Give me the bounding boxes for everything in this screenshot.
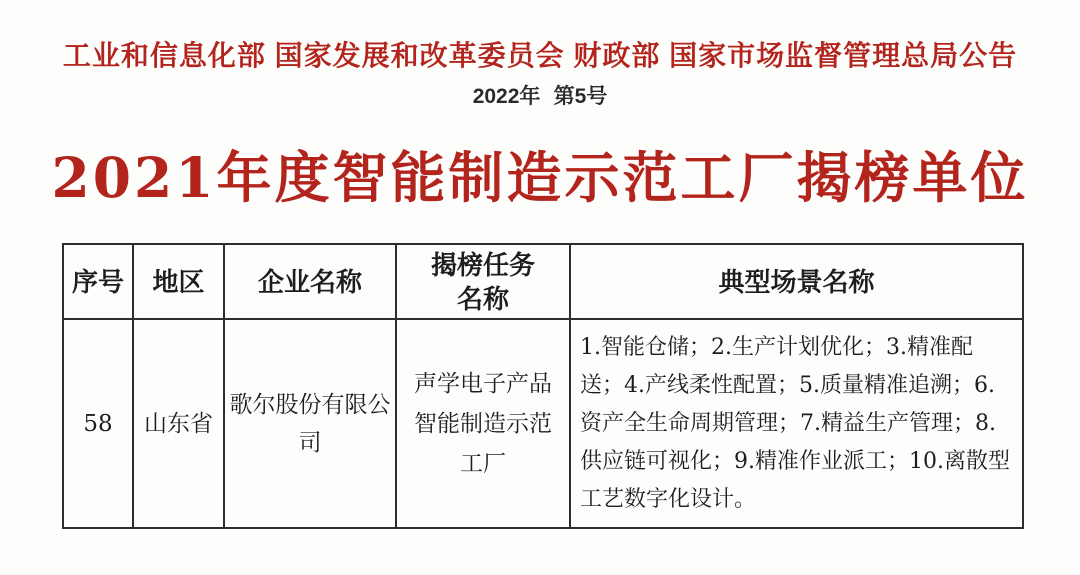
col-header-region: 地区: [133, 244, 224, 319]
table-header-row: 序号 地区 企业名称 揭榜任务名称 典型场景名称: [63, 244, 1023, 319]
cell-serial: 58: [63, 319, 133, 528]
issue-number: 2022年 第5号: [0, 84, 1080, 110]
cell-company: 歌尔股份有限公司: [224, 319, 396, 528]
cell-company-text: 歌尔股份有限公司: [225, 386, 395, 462]
cell-region: 山东省: [133, 319, 224, 528]
announcement-header: 工业和信息化部 国家发展和改革委员会 财政部 国家市场监督管理总局公告: [0, 39, 1080, 73]
results-table: 序号 地区 企业名称 揭榜任务名称 典型场景名称 58 山东省 歌尔股份有限公司…: [62, 243, 1024, 529]
cell-task: 声学电子产品智能制造示范工厂: [396, 319, 570, 528]
col-header-scenes: 典型场景名称: [570, 244, 1023, 319]
col-header-task-label: 揭榜任务名称: [425, 248, 542, 316]
col-header-task: 揭榜任务名称: [396, 244, 570, 319]
cell-scenes: 1.智能仓储；2.生产计划优化；3.精准配送；4.产线柔性配置；5.质量精准追溯…: [570, 319, 1023, 528]
col-header-company: 企业名称: [224, 244, 396, 319]
page-title: 2021年度智能制造示范工厂揭榜单位: [0, 138, 1080, 218]
table-row: 58 山东省 歌尔股份有限公司 声学电子产品智能制造示范工厂 1.智能仓储；2.…: [63, 319, 1023, 528]
cell-task-text: 声学电子产品智能制造示范工厂: [409, 364, 556, 484]
col-header-serial: 序号: [63, 244, 133, 319]
